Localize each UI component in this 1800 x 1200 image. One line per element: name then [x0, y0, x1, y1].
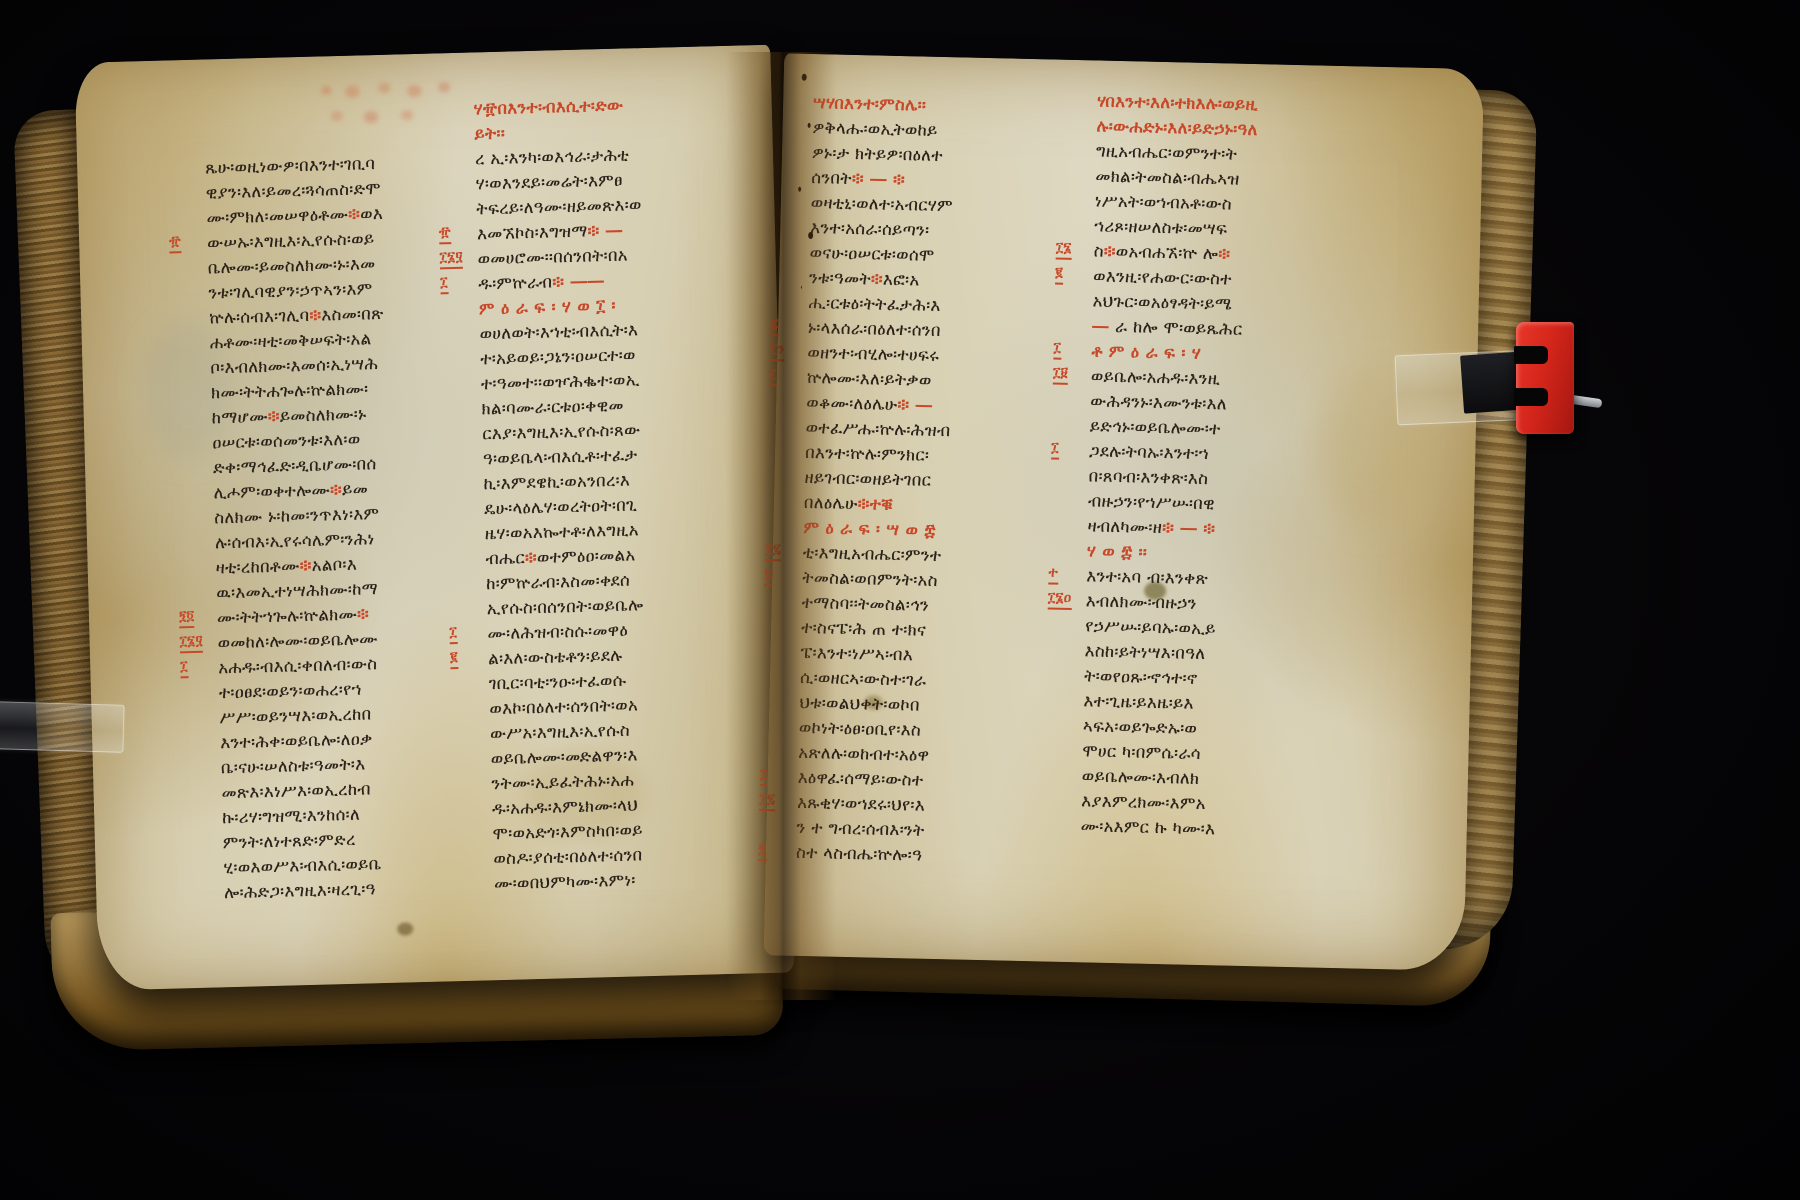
body-text: ሞ፡ወአድጎ፡እምስካበ፡ወይ: [493, 820, 644, 843]
body-text: አህጉር፡ወአዕፃዳት፡ይሜ: [1092, 291, 1232, 313]
body-text: የኃሥሡ፡ይባኡ፡ወኢይ: [1085, 616, 1216, 638]
marginal-numeral: ፲: [180, 656, 188, 678]
rubric-text: ፨: [357, 604, 369, 623]
marginal-numeral: ፯: [770, 314, 779, 336]
body-text: ተ፡ዓመተ፡፡ወዦሕቈተ፡ወኢ: [481, 370, 640, 393]
body-text: ወኮነት፡ዕፀ፡ዐቢየ፡እስ: [799, 718, 922, 740]
body-text: ቦ፡እብለክሙ፡እመሰ፡ኢነሣሕ: [210, 354, 378, 377]
body-text: ርእያ፡እግዚእ፡ኢየሱስ፡ጸው: [482, 420, 641, 443]
body-text: መጽእ፡እነሥእ፡ወኢረከብ: [221, 779, 371, 802]
body-text: ወይቤሎ፡አሐዱ፡እንዚ: [1091, 366, 1221, 388]
body-text: ንቱ፡ገሊባዊያን፡ኃጥኣን፡እም: [208, 279, 372, 302]
body-text: ፔ፡እንተ፡ነሥኣ፡ብእ: [800, 643, 913, 665]
photograph-scene: ጼሁ፡ወዚነውዎ፡በእንተ፡ገቢባዊያን፡እለ፡ይመረ፡ጓሳጠስ፡ድሞሙ፡ምክለ…: [0, 0, 1800, 1200]
body-text: ወይቤሎሙ፡መድልዋን፡እ: [491, 745, 638, 768]
body-text: ኪ፡እምደዌኪ፡ወአንበረ፡እ: [483, 470, 630, 493]
body-text: ሰንበት: [811, 168, 852, 188]
rubric-text: ፨ ―: [587, 221, 623, 241]
body-text: ሊሖም፡ወቀተሎሙ: [214, 480, 331, 502]
body-text: በ፡ጸባብ፡እንቀጽ፡እስ: [1089, 466, 1209, 488]
body-text: ሙ፡ምክለ፡መሠዋዕቶሙ: [206, 205, 348, 228]
body-text: ብሔር: [485, 548, 525, 568]
body-text: ዛቲ፡ረከበቶሙ: [215, 556, 300, 577]
body-text: ብዙኃን፡የኀሥሡ፡በዊ: [1088, 491, 1215, 513]
ink-bleedthrough: [321, 86, 331, 94]
body-text: ኀሪጾ፡ዘሠለስቱ፡መሣፍ: [1094, 216, 1227, 238]
marginal-numeral: ፯: [758, 839, 767, 861]
body-text: ተማስባ፡፡ትመስል፡ኅን: [802, 593, 930, 615]
body-text: ሒ፡ርቱዕ፡ትትፈታሕ፡እ: [808, 293, 941, 315]
marginal-numeral: ተ: [1048, 562, 1058, 584]
body-text: አልቦ፡እ: [311, 555, 357, 575]
rubric-text: ፨: [268, 407, 280, 426]
body-text: አጽለሉ፡ወከብተ፡አዕዋ: [798, 743, 929, 765]
body-text: ክሙ፡ትትሐጐሉ፡ኵልክሙ፡: [211, 379, 369, 402]
body-text: እንተ፡አሰራ፡ሰይጣን፡: [810, 218, 930, 240]
body-text: እብለክሙ፡ብዙኃን: [1086, 591, 1197, 613]
rubric-text: ፨ ――: [552, 271, 604, 291]
body-text: ን ተ ግብረ፡ሰብእ፡ንት: [796, 818, 924, 840]
body-text: ሙ፡ወበህምካሙ፡እምነ፡: [494, 870, 636, 893]
body-text: እዕዋፈ፡ሰማይ፡ውስተ: [798, 768, 924, 790]
body-text: ምንት፡ለነተጸድ፡ምድረ: [223, 830, 356, 852]
body-text: ስለክሙ ኑ፡ከመ፡ንጥእነ፡እም: [214, 504, 379, 527]
body-text: በለዕሌሁ: [804, 493, 858, 513]
body-text: ወሀለወት፡እኀቲ፡ብእሲት፡እ: [479, 320, 638, 343]
body-text: ት፡ወየዐጹ፡ኆኅተ፡ኖ: [1084, 666, 1198, 688]
body-text: ወአብሐኧ፡ኵ ሎ: [1116, 242, 1219, 263]
body-text: ወቆሙ፡ለዕሌሁ: [806, 393, 898, 414]
body-text: አሐዱ፡ብእሲ፡ቀበለብ፡ውስ: [218, 654, 377, 677]
body-text: ሉ፡ሰብእ፡ኢየሩሳሌም፡ንሕነ: [215, 529, 375, 552]
marginal-numeral: ፪: [764, 564, 772, 586]
rubric-text: ይት፡፡: [474, 124, 505, 144]
rubric-text: ―: [1092, 316, 1115, 336]
marginal-numeral: ፹: [169, 231, 181, 253]
body-text: ረ ኢ፡እንካ፡ወእኅራ፡ታሕቲ: [475, 145, 629, 168]
body-text: ወተምዕዐ፡መልአ: [537, 545, 636, 567]
rubric-text: ሃ፹በእንተ፡ብእሲተ፡ድው: [474, 96, 624, 119]
body-text: ሂ፡ወእወሥእ፡ብእሲ፡ወይቤ: [223, 854, 382, 877]
rubric-text: ፨ ― ፨: [1162, 518, 1216, 538]
text-line: ሙ፡አእምር ኩ ካሙ፡እ: [1081, 813, 1363, 844]
manuscript-column: ሣሃበእንተ፡ምስሌ፡፡ዎቅላሑ፡ወኢትወከይዎኑ፡ታ ክትይዎ፡በዕለተሰንበ…: [796, 90, 1086, 871]
rubric-text: ም ዕ ራ ፍ ፡ ሃ ወ ፲ ፡: [479, 296, 616, 319]
stain-spot: [397, 922, 413, 935]
marginal-numeral: ፲፯: [759, 789, 776, 811]
marginal-numeral: ፲፮ዐ: [1048, 587, 1072, 610]
body-text: ቲ፡እግዚአብሔር፡ምንተ: [803, 543, 942, 565]
body-text: ዊያን፡እለ፡ይመረ፡ጓሳጠስ፡ድሞ: [206, 179, 381, 203]
text-line: ፯ስተ ላስብሔ፡ኵሎ፡ዓ: [796, 840, 1068, 871]
body-text: ኩ፡ሪሃ፡ግዝሚ፡እንከሰ፡ለ: [222, 805, 360, 828]
body-text: ተ፡አይወይ፡ጋኔን፡ዐሠርተ፡ወ: [480, 345, 636, 368]
manuscript-column: ሃበእንተ፡እለ፡ተክእሉ፡ወይዚሉ፡ውሐድኑ፡እለ፡ይድኃኑ፡ዓለግዚአብሔር…: [1081, 88, 1380, 844]
body-text: ውሥአ፡እግዚእ፡ኢየሱስ: [490, 721, 630, 744]
marginal-numeral: ፲፮፶: [179, 631, 203, 654]
body-text: ህቱ፡ወልህቀት፡ወኮበ: [799, 693, 920, 715]
body-text: ዜሃ፡ወአእኰተቶ፡ለእግዚአ: [485, 520, 639, 543]
body-text: ወእኮ፡በዕለተ፡ሰንበት፡ወአ: [489, 695, 638, 718]
body-text: ኵሎሙ፡እለ፡ይትቃወ: [807, 368, 932, 390]
body-text: ወዘንተ፡ብሂሎ፡ተሀፍሩ: [807, 343, 939, 365]
body-text: ወዛቲኒ፡ወለተ፡አብርሃም: [811, 193, 953, 215]
body-text: ከማሆሙ: [212, 407, 269, 427]
rubric-text: ፨: [309, 306, 321, 325]
body-text: ወይቤሎሙ፡እብለክ: [1082, 766, 1200, 788]
body-text: እስመ፡በጽ: [321, 304, 384, 325]
body-text: ዛብለካሙ፡ዘ: [1087, 516, 1162, 537]
manuscript-page-right: ሣሃበእንተ፡ምስሌ፡፡ዎቅላሑ፡ወኢትወከይዎኑ፡ታ ክትይዎ፡በዕለተሰንበ…: [764, 53, 1484, 971]
body-text: ስተ ላስብሔ፡ኵሎ፡ዓ: [796, 843, 923, 865]
body-text: ል፡እለ፡ውስቴቶን፡ይደሉ: [488, 646, 623, 669]
marginal-numeral: ፲፱: [1053, 363, 1069, 385]
marginal-numeral: ፪: [450, 647, 458, 669]
body-text: ኣፍአ፡ወይጐድኡ፡ወ: [1083, 716, 1198, 738]
marginal-numeral: ፲፮: [1056, 238, 1072, 260]
body-text: ድቀ፡ማኅፈድ፡ዲቤሆሙ፡በሰ: [213, 454, 377, 477]
body-text: መክል፡ትመስል፡ብሔኣዝ: [1095, 166, 1240, 188]
marginal-numeral: ፲: [760, 764, 768, 786]
marginal-numeral: ፲: [440, 272, 448, 294]
body-text: ወመከለ፡ሎሙ፡ወይቤሎሙ: [217, 629, 378, 652]
rubric-text: ቶ ም ዕ ራ ፍ ፡ ሃ: [1091, 341, 1201, 362]
body-text: ዱ፡አሐዱ፡እምኔክሙ፡ላህ: [492, 795, 638, 818]
body-text: እጹቂሃ፡ወኀደሩ፡ህየ፡እ: [797, 793, 925, 815]
body-text: ዘይገብር፡ወዘይትገበር: [804, 468, 931, 490]
rubric-text: ም ዕ ራ ፍ ፡ ሣ ወ ፰: [803, 518, 936, 540]
body-text: ኢየሱስ፡በሰንበት፡ወይቤሎ: [487, 595, 644, 618]
rubric-text: ፨: [1218, 244, 1230, 263]
marginal-numeral: ፺፬: [179, 606, 195, 628]
body-text: በእንተ፡ኵሉ፡ምንክር፡: [805, 443, 930, 465]
body-text: ሞሀር ካ፡በምሴ፡ራሳ: [1082, 741, 1201, 763]
body-text: ተ፡ስናፔ፡ሕ ጠ ተ፡ክና: [801, 618, 926, 640]
marginal-numeral: ፹: [439, 222, 451, 244]
body-text: እፎ፡አ: [883, 270, 920, 290]
rubric-text: ፨ ― ፨: [852, 169, 906, 189]
body-text: ዴሁ፡ላዕሌሃ፡ወረትዐት፡በጊ: [484, 495, 637, 518]
acrylic-strip-left: [0, 701, 125, 753]
body-text: ትመስል፡ወበምንት፡አስ: [802, 568, 938, 590]
rubric-text: ፨: [871, 269, 883, 288]
clamp-notch: [1514, 346, 1548, 364]
rubric-text: ሣሃበእንተ፡ምስሌ፡፡: [813, 93, 927, 115]
body-text: እያእምረክሙ፡እምአ: [1081, 791, 1206, 813]
marginal-numeral: ፲፮፶: [439, 247, 463, 270]
body-text: እተ፡ጊዜ፡ይእዜ፡ይእ: [1083, 691, 1194, 712]
marginal-numeral: ፲ን: [769, 339, 785, 361]
body-text: ዐሠርቱ፡ወሰመንቱ፡እለ፡ወ: [212, 430, 361, 453]
clamp-notch: [1514, 388, 1548, 406]
body-text: ወስዶ፡ያሰቲ፡በዕለተ፡ሰንበ: [493, 845, 643, 868]
body-text: ዉ፡እመኢተነሣሕክሙ፡ከማ: [216, 579, 378, 602]
manuscript-page-left: ጼሁ፡ወዚነውዎ፡በእንተ፡ገቢባዊያን፡እለ፡ይመረ፡ጓሳጠስ፡ድሞሙ፡ምክለ…: [74, 45, 794, 991]
body-text: ወእንዚ፡የሐውር፡ውስተ: [1093, 266, 1232, 288]
body-text: ኑ፡ላእሰራ፡በዕለተ፡ሰንበ: [808, 318, 941, 340]
manuscript-column: ሃ፹በእንተ፡ብእሲተ፡ድውይት፡፡ረ ኢ፡እንካ፡ወእኅራ፡ታሕቲሃ፡ወእንደ…: [473, 89, 786, 896]
rubric-text: ፨: [330, 480, 342, 499]
body-text: ዓ፡ወይቤላ፡ብእሲቶ፡ተፈታ: [483, 445, 638, 468]
body-text: ስ: [1094, 241, 1105, 260]
body-text: ቤሎሙ፡ይመስለክሙ፡ኑ፡እመ: [208, 254, 376, 277]
body-text: ገቢር፡ባቲ፡ንዑ፡ተፈወሱ: [489, 671, 627, 694]
rubric-text: ፨: [1104, 242, 1116, 261]
body-text: ሃ፡ወእንደይ፡መሬት፡እምፀ: [476, 171, 623, 194]
body-text: ጼሁ፡ወዚነውዎ፡በእንተ፡ገቢባ: [205, 154, 375, 177]
body-text: ይድኅኑ፡ወይቤሎሙ፡ተ: [1090, 416, 1221, 438]
body-text: ጋደሉ፡ትባኡ፡እንተ፡ኀ: [1089, 441, 1209, 463]
body-text: ወእ: [360, 204, 383, 224]
marginal-numeral: ፲፯: [765, 539, 782, 561]
body-text: ትፍረይ፡ለዓሙ፡ዘይመጽእ፡ወ: [476, 195, 642, 218]
body-text: ንትሙ፡ኢይፈትሕኑ፡አሐ: [491, 770, 634, 793]
body-text: ክል፡ባሙራ፡ርቱዐ፡ቀዊመ: [481, 396, 624, 419]
body-text: ሲ፡ወዘርኣ፡ውስተ፡ገራ: [800, 668, 927, 690]
body-text: እንተ፡ሕቀ፡ወይቤሎ፡ለዐቃ: [220, 729, 373, 752]
body-text: ኵሉ፡ሰብእ፡ገሊባ: [209, 306, 310, 328]
rubric-text: ሃ ወ ፰ ፡፡: [1087, 541, 1148, 561]
body-text: እንተ፡አባ ብ፡እንቀጽ: [1086, 566, 1208, 588]
body-text: ሙ፡ለሕዝብ፡ስሱ፡መዋዕ: [487, 621, 628, 644]
body-text: ነሥአት፡ወኀብአቶ፡ውስ: [1095, 191, 1232, 213]
body-text: ዎኑ፡ታ ክትይዎ፡በዕለተ: [812, 143, 943, 165]
rubric-text: ተቑ: [870, 494, 894, 514]
body-text: ቤ፡ናሁ፡ሠለስቱ፡ዓመት፡እ: [221, 755, 366, 778]
rubric-text: ሉ፡ውሐድኑ፡እለ፡ይድኃኑ፡ዓለ: [1096, 116, 1257, 139]
body-text: ውሠኡ፡እግዚእ፡ኢየሱስ፡ወይ: [207, 229, 375, 252]
body-text: ዱ፡ምኵራብ: [478, 272, 552, 293]
body-text: ከ፡ምኵራብ፡እስመ፡ቀደሰ: [486, 571, 630, 594]
body-text: ሙ፡ትትኀጐሉ፡ኵልክሙ: [217, 605, 358, 628]
body-text: ይመ: [342, 479, 368, 499]
marginal-numeral: ፲: [769, 364, 777, 386]
rubric-text: ፨: [348, 204, 360, 223]
red-clamp: [1516, 322, 1574, 434]
wormholes: [802, 74, 807, 81]
rubric-text: ፨ ―: [897, 395, 932, 415]
body-text: ሎ፡ሕድጋ፡እግዚእ፡ዛረጊ፡ዓ: [224, 879, 376, 902]
body-text: ውሕዳንኑ፡እሙንቱ፡እለ: [1090, 391, 1227, 413]
body-text: ሥሥ፡ወይንሣእ፡ወኢረከበ: [219, 704, 371, 727]
body-text: ወተፈሥሑ፡ኵሉ፡ሕዝብ: [806, 418, 951, 440]
body-text: እስከ፡ይትነሣእ፡በዓለ: [1085, 641, 1206, 663]
body-text: ሙ፡አእምር ኩ ካሙ፡እ: [1081, 816, 1216, 838]
body-text: ሐቶሙ፡ዛቲ፡መቅሠፍት፡አል: [210, 329, 372, 352]
rubric-text: ፨: [300, 556, 312, 575]
rubric-text: ፨: [858, 494, 870, 513]
body-text: ወመሀሮሙ፡፡በሰንበት፡በአ: [477, 245, 628, 268]
body-text: ዎቅላሑ፡ወኢትወከይ: [812, 118, 938, 140]
body-text: ወናሁ፡ዐሠርቱ፡ወሰሞ: [810, 243, 935, 265]
marginal-numeral: ፲: [449, 622, 457, 644]
body-text: ግዚአብሔር፡ወምንተ፡ት: [1096, 141, 1237, 163]
marginal-numeral: ፲: [1051, 437, 1059, 459]
rubric-text: ሃበእንተ፡እለ፡ተክእሉ፡ወይዚ: [1097, 91, 1258, 114]
body-text: ተ፡ዐፀደ፡ወይን፡ወሐረ፡የኀ: [219, 680, 362, 703]
body-text: እመኧኮስ፡እግዝማ: [477, 222, 588, 244]
body-text: ራ ከሎ ሞ፡ወይጼሕር: [1115, 317, 1243, 339]
body-text: ንቱ፡ዓመት: [809, 268, 871, 288]
marginal-numeral: ፲: [1053, 338, 1061, 360]
marginal-numeral: ፪: [1055, 263, 1063, 285]
body-text: ይመስለክሙ፡ኑ: [280, 404, 367, 425]
